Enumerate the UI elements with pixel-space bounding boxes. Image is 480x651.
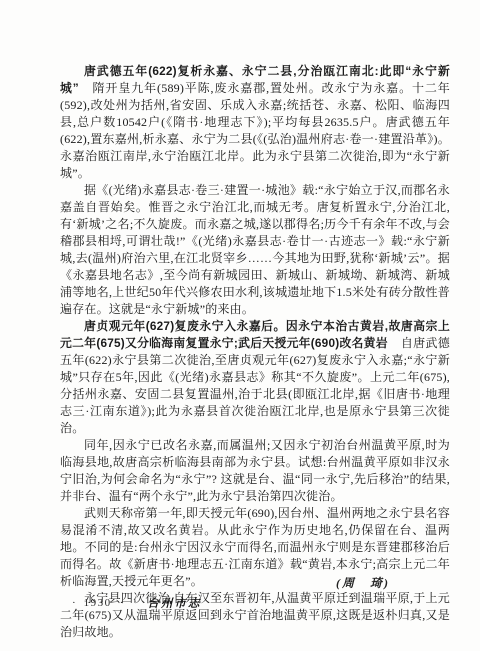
entry-heading-bold: 唐贞观元年(627)复废永宁入永嘉后。因永宁本治古黄岩,故唐高宗上元二年(675… bbox=[60, 319, 450, 350]
paragraph-text: 据《(光绪)永嘉县志·卷三·建置一·城池》载:“永宁始立于汉,而郡名永嘉盖自晋始… bbox=[60, 183, 450, 316]
paragraph-text: 武则天称帝第一年,即天授元年(690),因台州、温州两地之永宁县名容易混淆不清,… bbox=[60, 506, 450, 588]
page-number: 1930 bbox=[84, 597, 112, 609]
book-title: 台州市志 bbox=[147, 595, 201, 611]
page-footer: · 1930 · 台州市志 bbox=[72, 595, 201, 611]
article-body: 唐武德五年(622)复析永嘉、永宁二县,分治瓯江南北:此即“永宁新城”隋开皇九年… bbox=[60, 63, 450, 641]
paragraph-rename-huangyan: 唐贞观元年(627)复废永宁入永嘉后。因永宁本治古黄岩,故唐高宗上元二年(675… bbox=[60, 318, 450, 437]
paragraph-same-yongning: 同年,因永宁已改名永嘉,而属温州;又因永宁初治台州温黄平原,时为临海县地,故唐高… bbox=[60, 437, 450, 505]
paragraph-text: 同年,因永宁已改名永嘉,而属温州;又因永宁初治台州温黄平原,时为临海县地,故唐高… bbox=[60, 438, 450, 503]
book-page: 唐武德五年(622)复析永嘉、永宁二县,分治瓯江南北:此即“永宁新城”隋开皇九年… bbox=[0, 0, 480, 651]
paragraph-text: 自唐武德五年(622)永宁县第二次徙治,至唐贞观元年(627)复废永宁入永嘉;“… bbox=[60, 336, 450, 435]
paragraph-text: 隋开皇九年(589)平陈,废永嘉郡,置处州。改永宁为永嘉。十二年(592),改处… bbox=[60, 81, 450, 180]
paragraph-wuzetian-rename: 武则天称帝第一年,即天授元年(690),因台州、温州两地之永宁县名容易混淆不清,… bbox=[60, 505, 450, 590]
paragraph-yongning-xincheng: 唐武德五年(622)复析永嘉、永宁二县,分治瓯江南北:此即“永宁新城”隋开皇九年… bbox=[60, 63, 450, 182]
paragraph-gazetteer-citation: 据《(光绪)永嘉县志·卷三·建置一·城池》载:“永宁始立于汉,而郡名永嘉盖自晋始… bbox=[60, 182, 450, 318]
footer-right-dot: · bbox=[120, 598, 124, 609]
author-signature: (周 琦) bbox=[336, 574, 390, 591]
footer-left-dot: · bbox=[72, 598, 76, 609]
